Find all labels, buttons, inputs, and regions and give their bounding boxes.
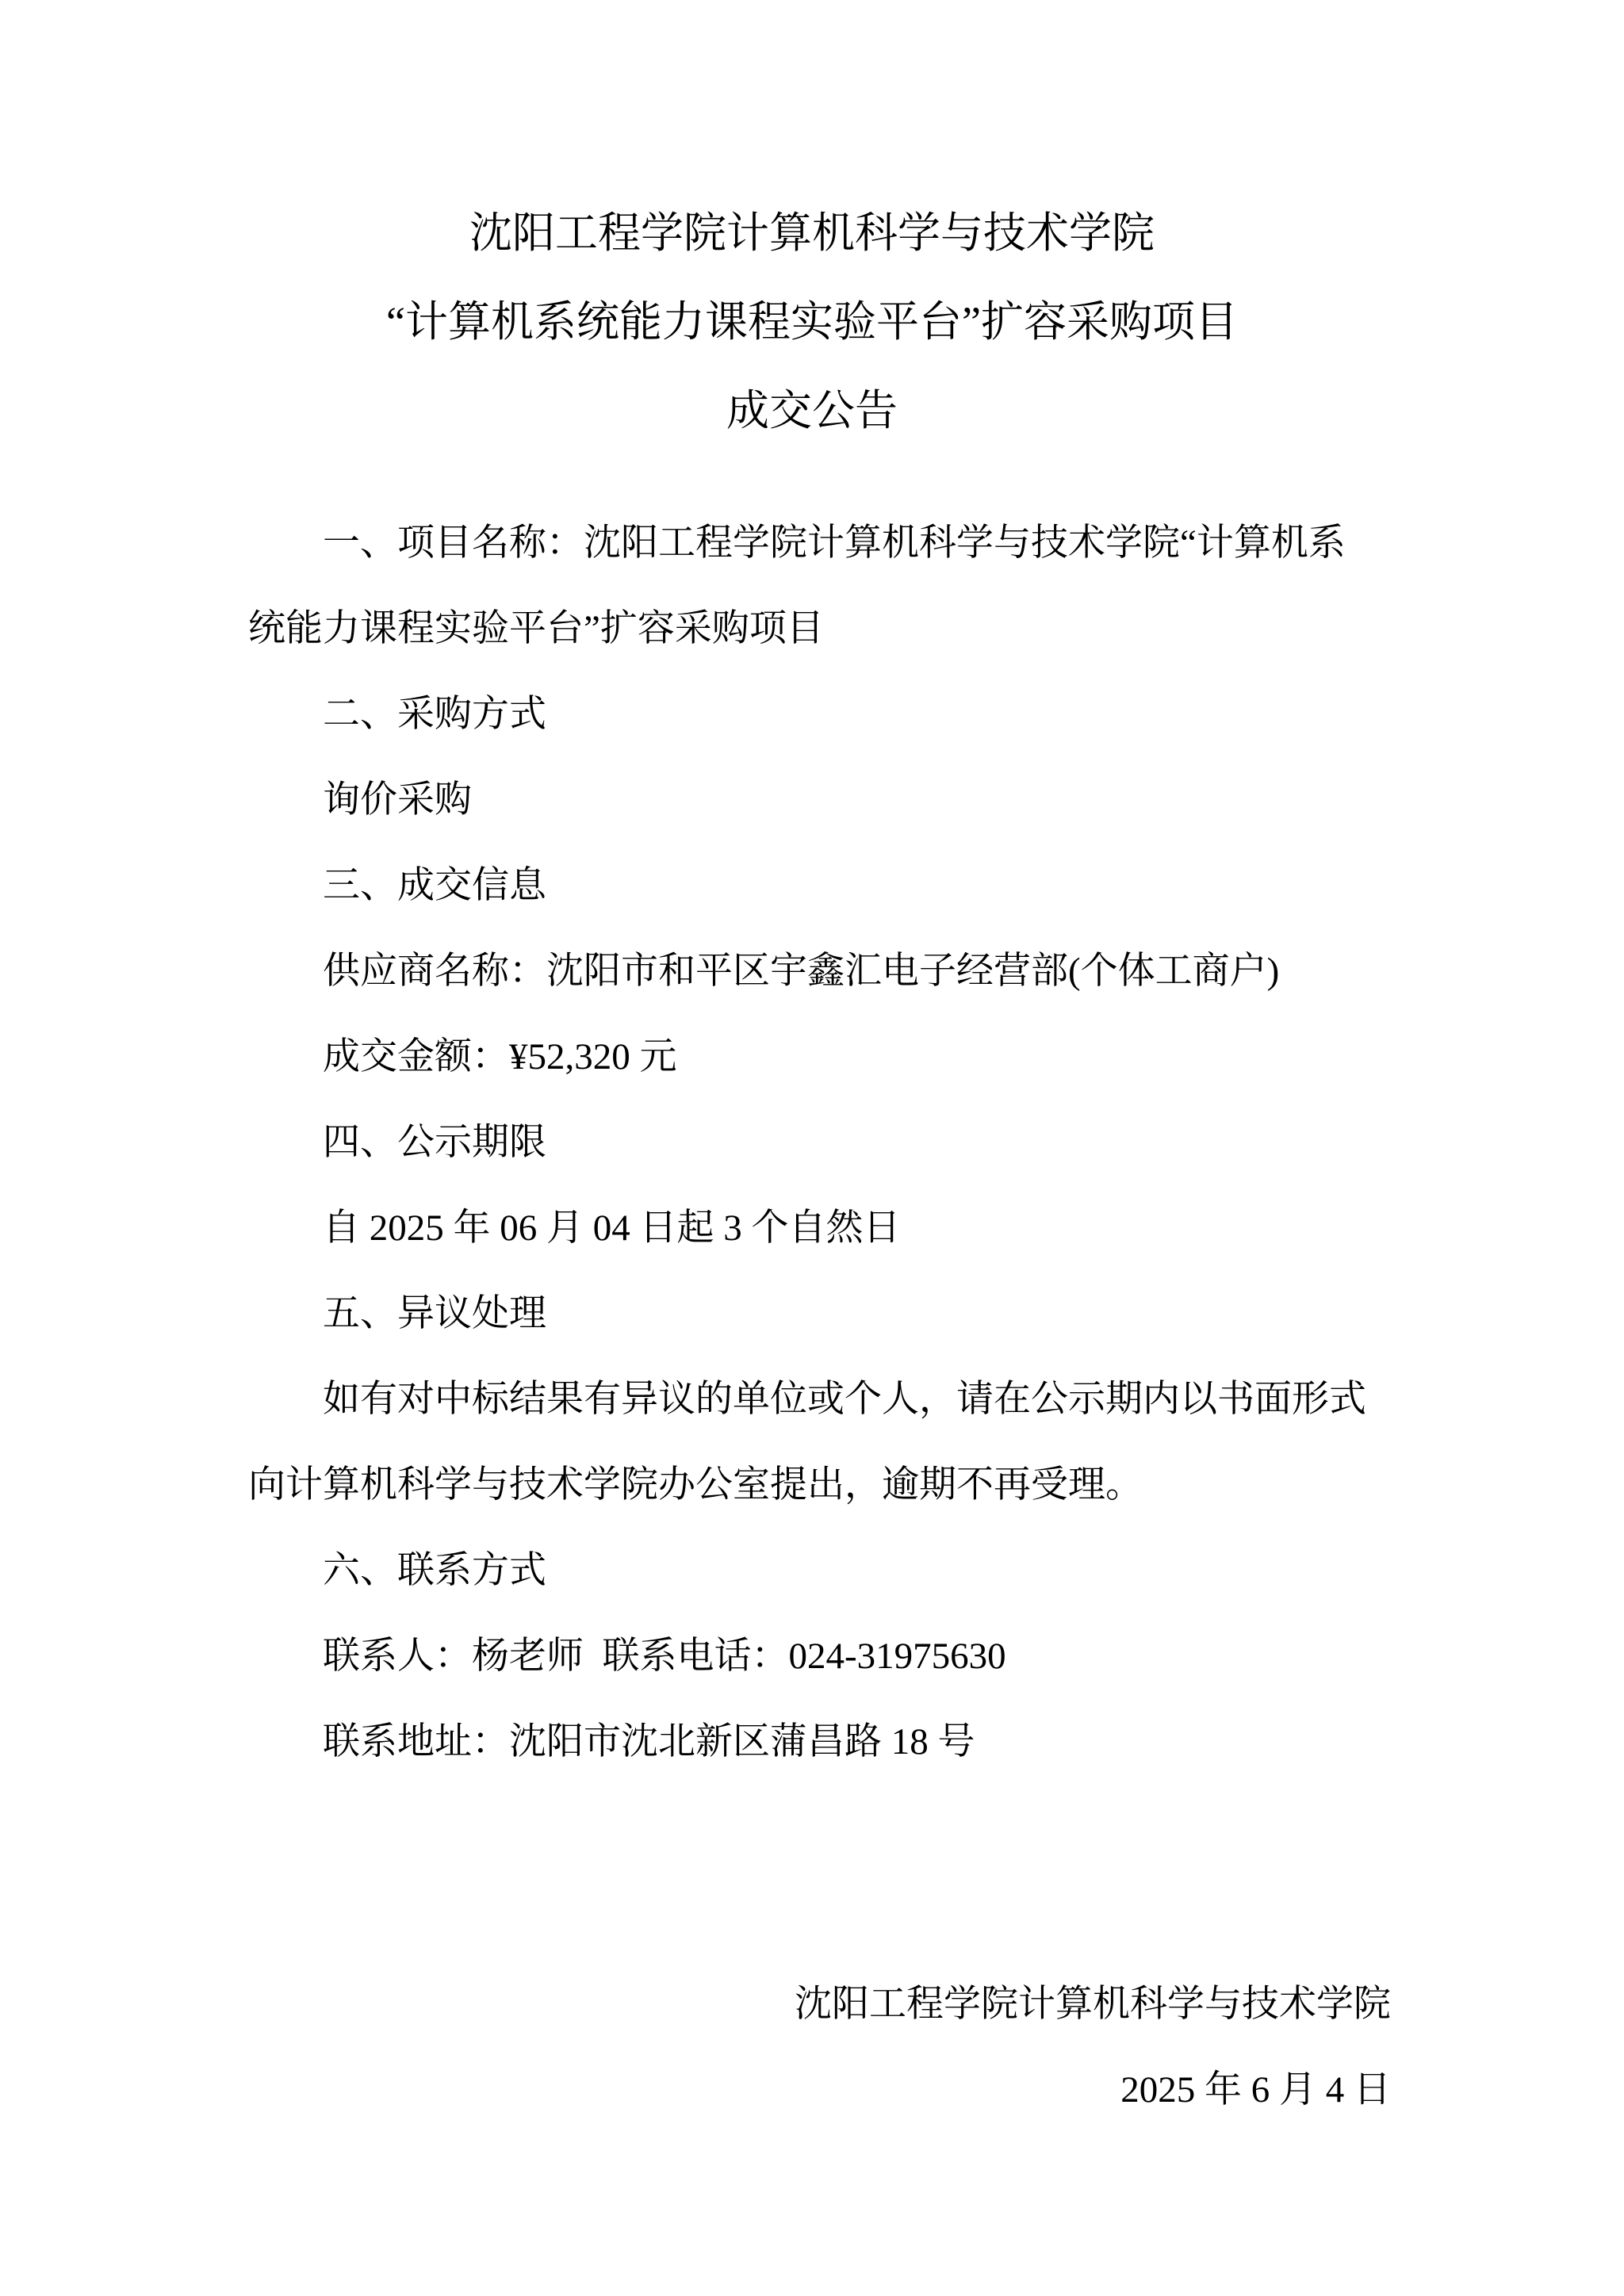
body-line-supplier-name: 供应商名称：沈阳市和平区宇鑫汇电子经营部(个体工商户) [248, 928, 1442, 1014]
body-line-section-deal-info: 三、成交信息 [248, 843, 1442, 928]
body-line-section-objection: 五、异议处理 [248, 1271, 1442, 1357]
body-line-deal-amount: 成交金额：¥52,320 元 [248, 1014, 1442, 1100]
body-line-project-name: 一、项目名称：沈阳工程学院计算机科学与技术学院“计算机系 [248, 500, 1442, 586]
title-line-project: “计算机系统能力课程实验平台”扩容采购项目 [0, 277, 1624, 366]
document-footer: 沈阳工程学院计算机科学与技术学院 2025 年 6 月 4 日 [0, 1961, 1624, 2133]
title-line-college: 沈阳工程学院计算机科学与技术学院 [0, 189, 1624, 277]
body-line-section-procurement-method: 二、采购方式 [248, 672, 1442, 757]
document-body: 一、项目名称：沈阳工程学院计算机科学与技术学院“计算机系 统能力课程实验平台”扩… [0, 500, 1624, 1785]
document-page: 沈阳工程学院计算机科学与技术学院 “计算机系统能力课程实验平台”扩容采购项目 成… [0, 0, 1624, 2296]
body-line-contact-address: 联系地址：沈阳市沈北新区蒲昌路 18 号 [248, 1699, 1442, 1785]
body-line-procurement-method-value: 询价采购 [248, 757, 1442, 843]
body-line-objection-text: 如有对中标结果有异议的单位或个人，请在公示期内以书面形式 [248, 1357, 1442, 1442]
body-line-project-name-wrap: 统能力课程实验平台”扩容采购项目 [248, 586, 1442, 672]
body-line-section-publicity-period: 四、公示期限 [248, 1100, 1442, 1185]
body-line-publicity-period-value: 自 2025 年 06 月 04 日起 3 个自然日 [248, 1185, 1442, 1271]
document-title: 沈阳工程学院计算机科学与技术学院 “计算机系统能力课程实验平台”扩容采购项目 成… [0, 0, 1624, 455]
body-line-section-contact: 六、联系方式 [248, 1528, 1442, 1613]
body-line-objection-text-wrap: 向计算机科学与技术学院办公室提出，逾期不再受理。 [248, 1442, 1442, 1528]
signature-date: 2025 年 6 月 4 日 [0, 2047, 1391, 2133]
signature-college: 沈阳工程学院计算机科学与技术学院 [0, 1961, 1391, 2047]
body-line-contact-person-phone: 联系人：杨老师 联系电话：024-31975630 [248, 1613, 1442, 1699]
title-line-announcement: 成交公告 [0, 366, 1624, 455]
